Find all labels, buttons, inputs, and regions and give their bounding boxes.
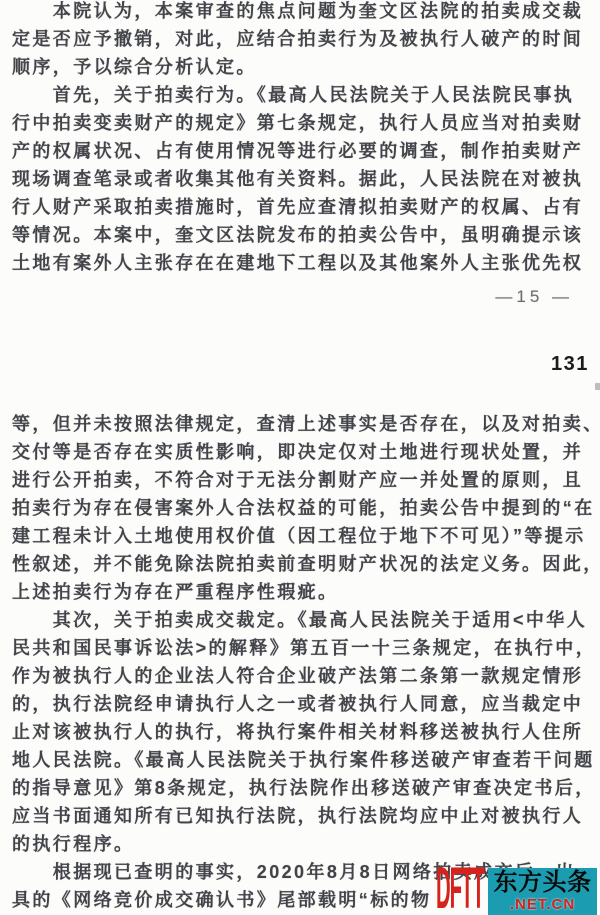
scanned-legal-document: { "colors": { "paper": "#fcfcfa", "ink":… [0, 0, 600, 915]
watermark: DFTT 东方头条 .NET.CN [435, 866, 600, 915]
watermark-brand-box: 东方头条 .NET.CN [488, 868, 597, 915]
text-line: 等情况。本案中，奎文区法院发布的拍卖公告中，虽明确提示该 [12, 221, 596, 249]
text-line: 建工程未计入土地使用权价值（因工程位于地下不可见）”等提示 [12, 522, 596, 550]
text-line: 现场调查笔录或者收集其他有关资料。据此，人民法院在对被执 [12, 165, 596, 193]
text-line: 上述拍卖行为存在严重程序性瑕疵。 [12, 578, 596, 606]
text-line: 进行公开拍卖，不符合对于无法分割财产应一并处置的原则，且 [12, 466, 596, 494]
text-line: 行中拍卖变卖财产的规定》第七条规定，执行人员应当对拍卖财 [12, 109, 596, 137]
watermark-domain: .NET.CN [488, 897, 597, 913]
document-sheet: 本院认为，本案审查的焦点问题为奎文区法院的拍卖成交裁定是否应予撤销，对此，应结合… [0, 0, 600, 915]
page1-text-block: 本院认为，本案审查的焦点问题为奎文区法院的拍卖成交裁定是否应予撤销，对此，应结合… [12, 0, 596, 277]
text-line: 作为被执行人的企业法人符合企业破产法第二条第一款规定情形 [12, 662, 596, 690]
watermark-brand-name: 东方头条 [488, 869, 597, 897]
text-line: 性叙述，并不能免除法院拍卖前查明财产状况的法定义务。因此， [12, 550, 596, 578]
text-line: 拍卖行为存在侵害案外人合法权益的可能，拍卖公告中提到的“在 [12, 494, 596, 522]
text-line: 行人财产采取拍卖措施时，首先应查清拟拍卖财产的权属、占有 [12, 193, 596, 221]
text-line: 民共和国民事诉讼法>的解释》第五百一十三条规定，在执行中， [12, 634, 596, 662]
text-line: 应当书面通知所有已知执行法院，执行法院均应中止对被执行人 [12, 802, 596, 830]
watermark-dftt-logo: DFTT [436, 867, 484, 911]
text-line: 的执行程序。 [12, 830, 596, 858]
text-line: 的指导意见》第8条规定，执行法院作出移送破产审查决定书后， [12, 774, 596, 802]
text-line: 止对该被执行人的执行，将执行案件相关材料移送被执行人住所 [12, 718, 596, 746]
folio-number: 131 [551, 353, 589, 376]
text-line: 产的权属状况、占有使用情况等进行必要的调查，制作拍卖财产 [12, 137, 596, 165]
text-line: 交付等是否存在实质性影响，即决定仅对土地进行现状处置，并 [12, 438, 596, 466]
page2-text-block: 等，但并未按照法律规定，查清上述事实是否存在，以及对拍卖、交付等是否存在实质性影… [12, 410, 596, 914]
text-line: 本院认为，本案审查的焦点问题为奎文区法院的拍卖成交裁 [12, 0, 596, 25]
page1-page-number: —15 — [495, 287, 573, 307]
text-line: 土地有案外人主张存在在建地下工程以及其他案外人主张优先权 [12, 249, 596, 277]
text-line: 的，执行法院经申请执行人之一或者被执行人同意，应当裁定中 [12, 690, 596, 718]
scan-edge-artifact [595, 383, 600, 390]
text-line: 定是否应予撤销，对此，应结合拍卖行为及被执行人破产的时间 [12, 25, 596, 53]
text-line: 地人民法院。《最高人民法院关于执行案件移送破产审查若干问题 [12, 746, 596, 774]
text-line: 首先，关于拍卖行为。《最高人民法院关于人民法院民事执 [12, 81, 596, 109]
text-line: 其次，关于拍卖成交裁定。《最高人民法院关于适用<中华人 [12, 606, 596, 634]
text-line: 顺序，予以综合分析认定。 [12, 53, 596, 81]
text-line: 等，但并未按照法律规定，查清上述事实是否存在，以及对拍卖、 [12, 410, 596, 438]
